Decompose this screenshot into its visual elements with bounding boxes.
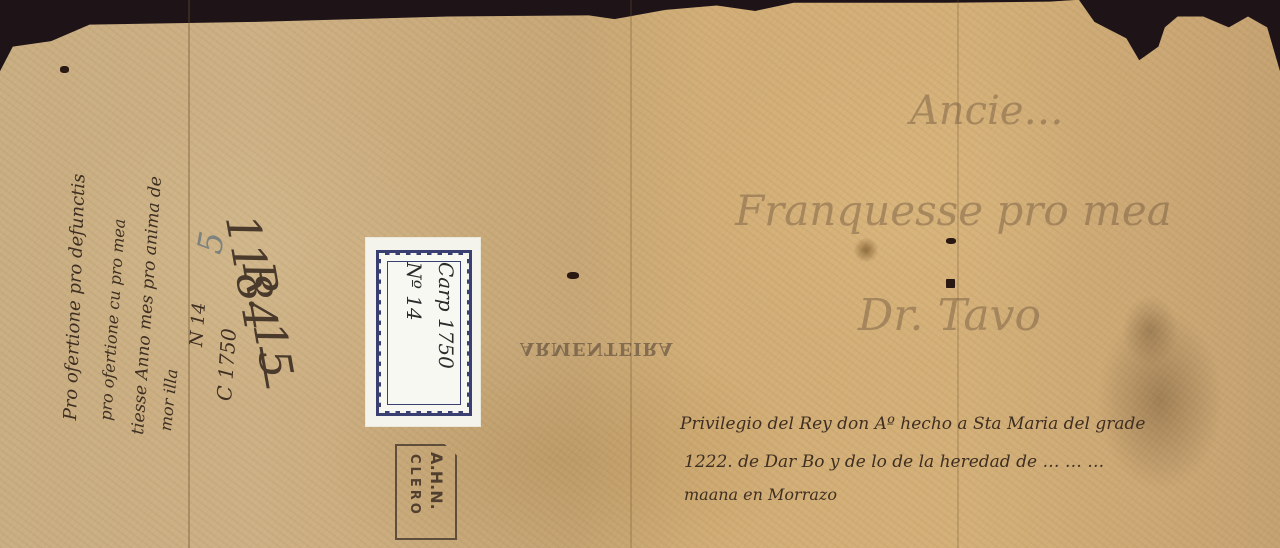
faded-heading: Dr. Tavo (858, 290, 1041, 341)
stamp-clero: CLERO (407, 454, 422, 517)
parchment-hole (60, 66, 69, 73)
note-line: N 14 (186, 302, 210, 348)
faded-heading: Ancie… (910, 88, 1064, 134)
stamp-ahn: A.H.N. (427, 452, 446, 510)
catalog-label: Carp 1750 Nº 14 (366, 238, 480, 426)
parchment-hole (567, 272, 579, 279)
parchment-hole (946, 238, 956, 244)
fold-line (188, 0, 190, 548)
fold-line (630, 0, 632, 548)
summary-line: 1222. de Dar Bo y de lo de la heredad de… (684, 452, 1104, 472)
label-item-number: Nº 14 (402, 262, 426, 321)
label-carp-number: Carp 1750 (434, 262, 458, 369)
faded-heading: Franquesse pro mea (735, 186, 1172, 235)
summary-line: maana en Morrazo (684, 485, 837, 504)
summary-line: Privilegio del Rey don Aº hecho a Sta Ma… (680, 414, 1145, 434)
printed-mark-armenteira: ARMENTEIRA (520, 338, 673, 359)
archive-stamp (395, 444, 457, 540)
parchment-hole (946, 279, 955, 288)
